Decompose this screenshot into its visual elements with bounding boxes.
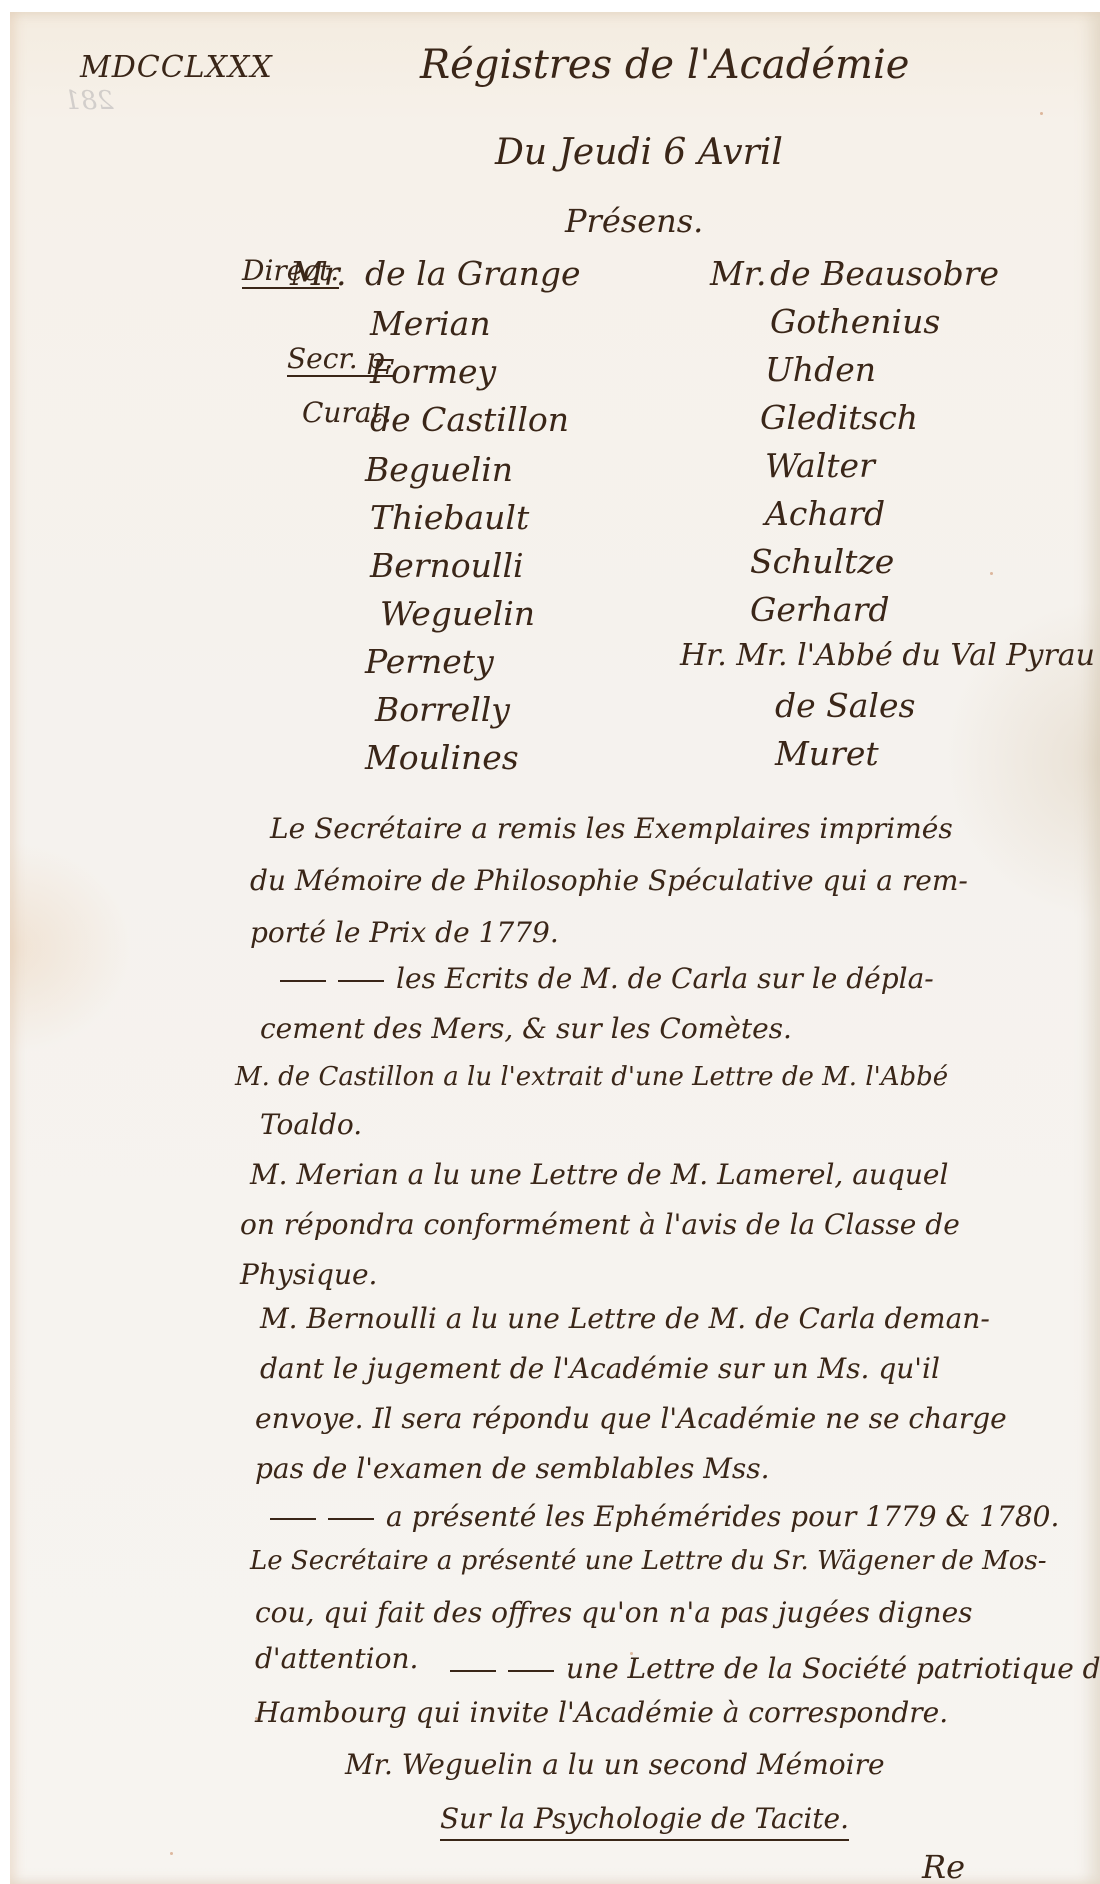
minutes-line: Mr. Weguelin a lu un second Mémoire: [345, 1748, 885, 1781]
paper-speck: [255, 1717, 258, 1720]
member-name: Beguelin: [365, 450, 513, 489]
minutes-line: les Ecrits de M. de Carla sur le dépla-: [280, 962, 934, 995]
member-name: Thiebault: [370, 498, 529, 537]
member-name: Borrelly: [375, 690, 510, 729]
minutes-line: envoye. Il sera répondu que l'Académie n…: [255, 1402, 1007, 1435]
page-title: Régistres de l'Académie: [420, 42, 909, 88]
minutes-line: du Mémoire de Philosophie Spéculative qu…: [250, 864, 968, 897]
member-name: Muret: [775, 734, 879, 773]
member-name: Gothenius: [770, 302, 940, 341]
minutes-line: cement des Mers, & sur les Comètes.: [260, 1012, 792, 1045]
ditto-dash: [450, 1670, 496, 1672]
minutes-line: Physique.: [240, 1258, 377, 1291]
minutes-line: M. Merian a lu une Lettre de M. Lamerel,…: [250, 1158, 948, 1191]
minutes-line: pas de l'examen de semblables Mss.: [255, 1452, 770, 1485]
manuscript-page: 281 MDCCLXXX Régistres de l'Académie Du …: [10, 12, 1100, 1884]
ditto-dash: [328, 1518, 374, 1520]
catchword: Re: [922, 1848, 965, 1884]
paper-speck: [630, 1652, 633, 1655]
year-roman-numeral: MDCCLXXX: [80, 50, 273, 85]
member-name: Uhden: [765, 350, 876, 389]
minutes-line: M. Bernoulli a lu une Lettre de M. de Ca…: [260, 1302, 990, 1335]
ditto-dash: [280, 980, 326, 982]
member-name: Achard: [765, 494, 885, 533]
member-name: Merian: [370, 304, 491, 343]
member-name: de la Grange: [365, 254, 581, 293]
session-date: Du Jeudi 6 Avril: [495, 132, 783, 173]
member-name: de Sales: [775, 686, 915, 725]
minutes-line: Hambourg qui invite l'Académie à corresp…: [255, 1696, 948, 1729]
member-name: Pernety: [365, 642, 494, 681]
member-name: Hr. Mr. l'Abbé du Val Pyrau: [680, 638, 1095, 673]
member-name: de Beausobre: [770, 254, 999, 293]
honorific-prefix: Mr.: [710, 254, 766, 293]
folio-number-bleedthrough: 281: [64, 86, 114, 116]
minutes-line: une Lettre de la Société patriotique de: [280, 1652, 1100, 1685]
minutes-line: M. de Castillon a lu l'extrait d'une Let…: [235, 1062, 948, 1092]
ditto-dash: [270, 1518, 316, 1520]
member-name: Moulines: [365, 738, 519, 777]
minutes-line: dant le jugement de l'Académie sur un Ms…: [260, 1352, 940, 1385]
minutes-line: a présenté les Ephémérides pour 1779 & 1…: [270, 1500, 1059, 1533]
member-name: Formey: [370, 352, 496, 391]
paper-speck: [990, 572, 993, 575]
paper-speck: [170, 1852, 173, 1855]
ditto-dash: [338, 980, 384, 982]
member-name: Walter: [765, 446, 875, 485]
minutes-line: porté le Prix de 1779.: [250, 916, 559, 949]
minutes-line: on répondra conformément à l'avis de la …: [240, 1208, 960, 1241]
member-name: Weguelin: [380, 594, 535, 633]
member-name: Schultze: [750, 542, 894, 581]
member-name: Gleditsch: [760, 398, 918, 437]
minutes-line: Le Secrétaire a présenté une Lettre du S…: [250, 1546, 1047, 1576]
member-name: Gerhard: [750, 590, 890, 629]
ditto-dash: [508, 1670, 554, 1672]
memoir-title: Sur la Psychologie de Tacite.: [440, 1802, 849, 1841]
minutes-line: cou, qui fait des offres qu'on n'a pas j…: [255, 1596, 973, 1629]
paper-speck: [1040, 112, 1043, 115]
member-name: de Castillon: [370, 400, 569, 439]
minutes-line: Toaldo.: [260, 1108, 362, 1141]
honorific-prefix: Mr.: [290, 254, 346, 293]
present-heading: Présens.: [565, 202, 703, 240]
minutes-line: Le Secrétaire a remis les Exemplaires im…: [270, 812, 953, 845]
member-name: Bernoulli: [370, 546, 524, 585]
